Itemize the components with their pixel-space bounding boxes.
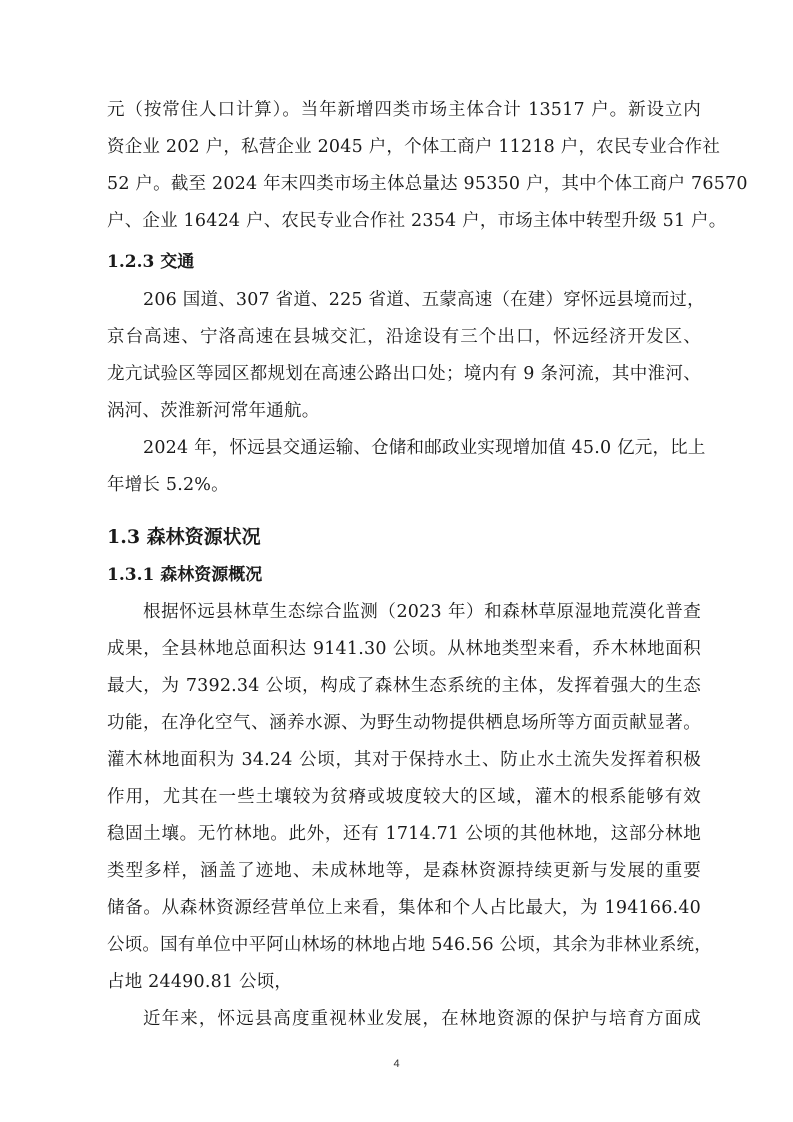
- text-line: 公顷。国有单位中平阿山林场的林地占地 546.56 公顷，其余为非林业系统，: [107, 933, 701, 957]
- text-line: 储备。从森林资源经营单位上来看，集体和个人占比最大，为 194166.40: [107, 896, 701, 920]
- text-line: 52 户。截至 2024 年末四类市场主体总量达 95350 户，其中个体工商户…: [107, 172, 701, 196]
- text-line: 成果，全县林地总面积达 9141.30 公顷。从林地类型来看，乔木林地面积: [107, 637, 701, 661]
- text-line: 作用，尤其在一些土壤较为贫瘠或坡度较大的区域，灌木的根系能够有效: [107, 785, 701, 809]
- text-line: 类型多样，涵盖了迹地、未成林地等，是森林资源持续更新与发展的重要: [107, 859, 701, 883]
- page-number: 4: [0, 1058, 793, 1070]
- text-line: 功能，在净化空气、涵养水源、为野生动物提供栖息场所等方面贡献显著。: [107, 711, 701, 735]
- text-line: 资企业 202 户，私营企业 2045 户，个体工商户 11218 户，农民专业…: [107, 135, 701, 159]
- text-line: 京台高速、宁洛高速在县城交汇，沿途设有三个出口，怀远经济开发区、: [107, 325, 701, 349]
- text-line: 占地 24490.81 公顷，: [107, 970, 701, 994]
- text-line: 涡河、茨淮新河常年通航。: [107, 399, 701, 423]
- heading-1-3-forest-resources: 1.3 森林资源状况: [107, 524, 261, 550]
- text-line: 龙亢试验区等园区都规划在高速公路出口处；境内有 9 条河流，其中淮河、: [107, 362, 701, 386]
- heading-1-2-3-transport: 1.2.3 交通: [107, 250, 194, 274]
- text-line: 2024 年，怀远县交通运输、仓储和邮政业实现增加值 45.0 亿元，比上: [107, 436, 701, 460]
- text-line: 最大，为 7392.34 公顷，构成了森林生态系统的主体，发挥着强大的生态: [107, 674, 701, 698]
- text-line: 根据怀远县林草生态综合监测（2023 年）和森林草原湿地荒漠化普查: [107, 600, 701, 624]
- text-line: 206 国道、307 省道、225 省道、五蒙高速（在建）穿怀远县境而过，: [107, 288, 701, 312]
- text-line: 稳固土壤。无竹林地。此外，还有 1714.71 公顷的其他林地，这部分林地: [107, 822, 701, 846]
- text-line: 元（按常住人口计算）。当年新增四类市场主体合计 13517 户。新设立内: [107, 98, 701, 122]
- text-line: 户、企业 16424 户、农民专业合作社 2354 户，市场主体中转型升级 51…: [107, 209, 701, 233]
- text-line: 年增长 5.2%。: [107, 473, 701, 497]
- text-line: 近年来，怀远县高度重视林业发展，在林地资源的保护与培育方面成: [107, 1007, 701, 1031]
- heading-1-3-1-forest-overview: 1.3.1 森林资源概况: [107, 563, 262, 587]
- text-line: 灌木林地面积为 34.24 公顷，其对于保持水土、防止水土流失发挥着积极: [107, 748, 701, 772]
